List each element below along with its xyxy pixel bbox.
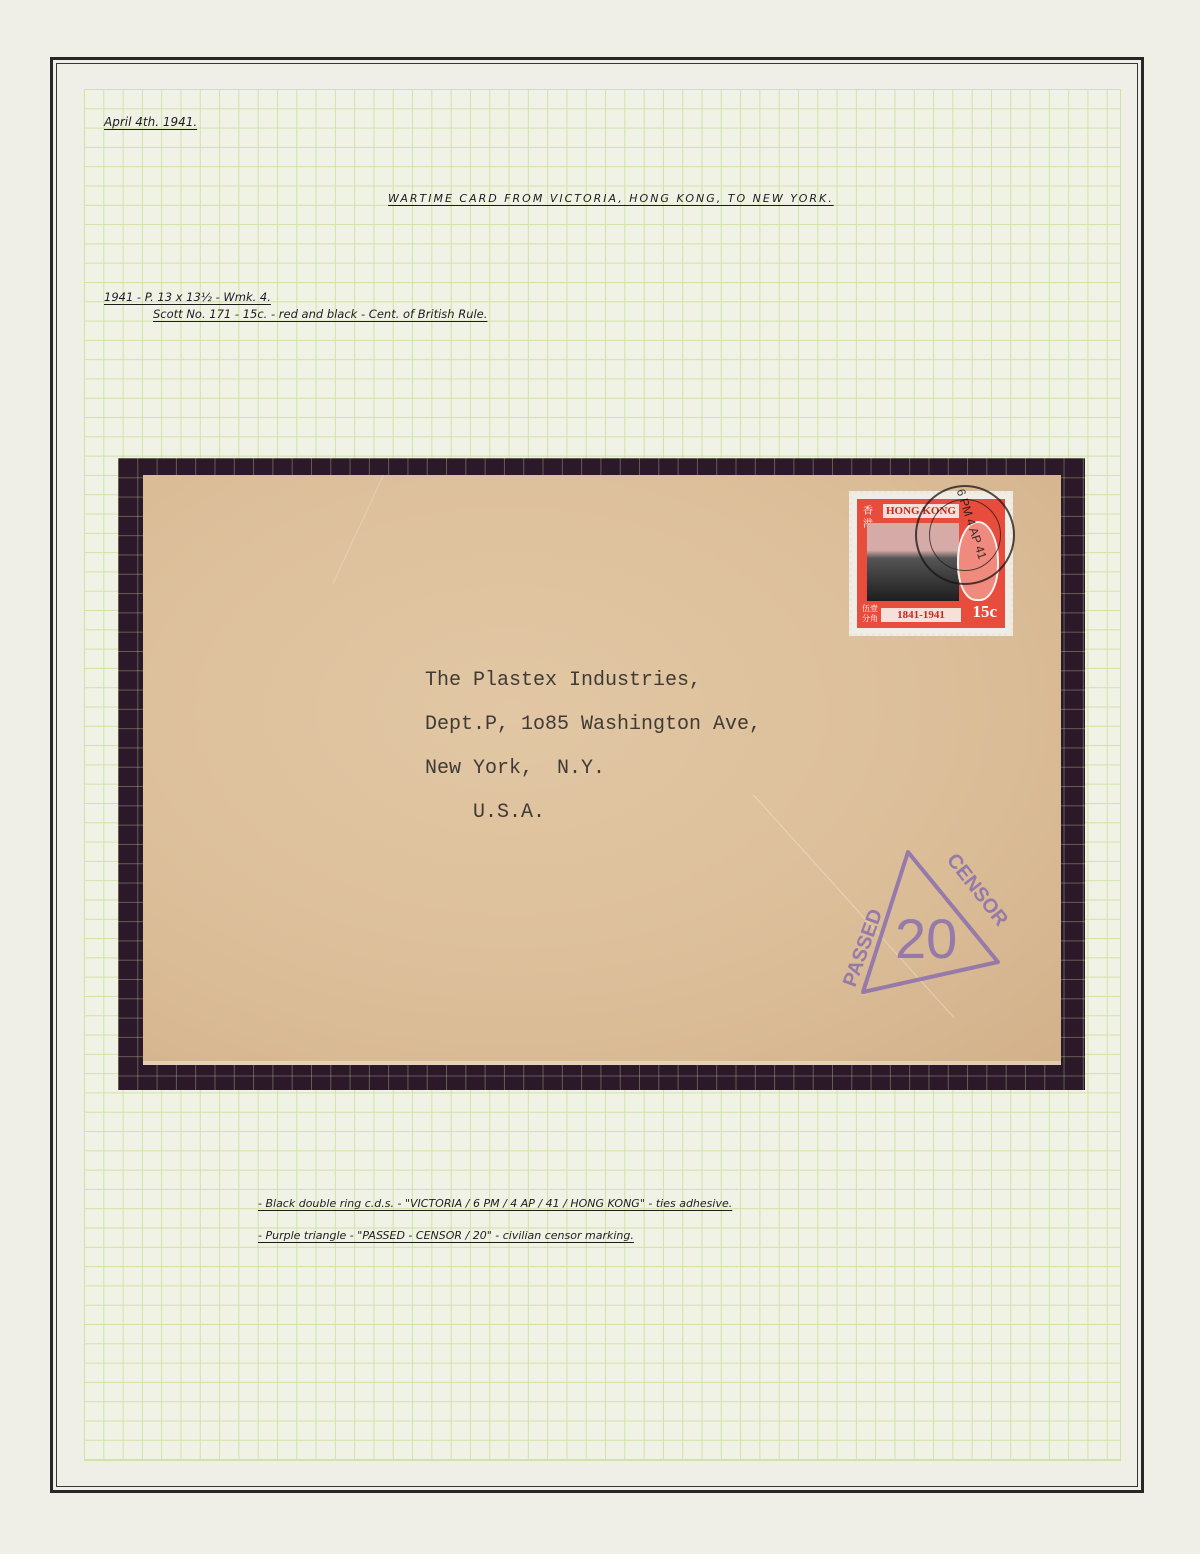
address-line: U.S.A. [425,791,761,835]
note-postmark: - Black double ring c.d.s. - "VICTORIA /… [258,1197,732,1210]
stamp-years: 1841-1941 [881,608,961,622]
recipient-address: The Plastex Industries, Dept.P, 1o85 Was… [425,659,761,835]
envelope-crease [332,475,384,584]
address-line: New York, N.Y. [425,747,761,791]
note-censor: - Purple triangle - "PASSED - CENSOR / 2… [258,1229,634,1242]
censor-passed-text: PASSED [839,906,887,989]
stamp-spec-line-1: 1941 - P. 13 x 13½ - Wmk. 4. [104,290,271,304]
stamp-chinese-value: 伍壹分角 [859,604,881,624]
stamp-denomination: 15c [972,602,997,622]
page-title: WARTIME CARD FROM VICTORIA, HONG KONG, T… [388,192,834,205]
censor-triangle-mark: 20 PASSED CENSOR [813,840,1013,1010]
address-line: The Plastex Industries, [425,659,761,703]
postmark-cds: 6 PM 4 AP 41 [915,485,1015,585]
envelope: 香港 HONG KONG 伍壹分角 1841-1941 15c 6 PM 4 A… [143,475,1061,1065]
address-line: Dept.P, 1o85 Washington Ave, [425,703,761,747]
page-date: April 4th. 1941. [104,115,197,129]
stamp-spec-line-2: Scott No. 171 - 15c. - red and black - C… [153,307,487,321]
censor-number: 20 [895,907,957,970]
